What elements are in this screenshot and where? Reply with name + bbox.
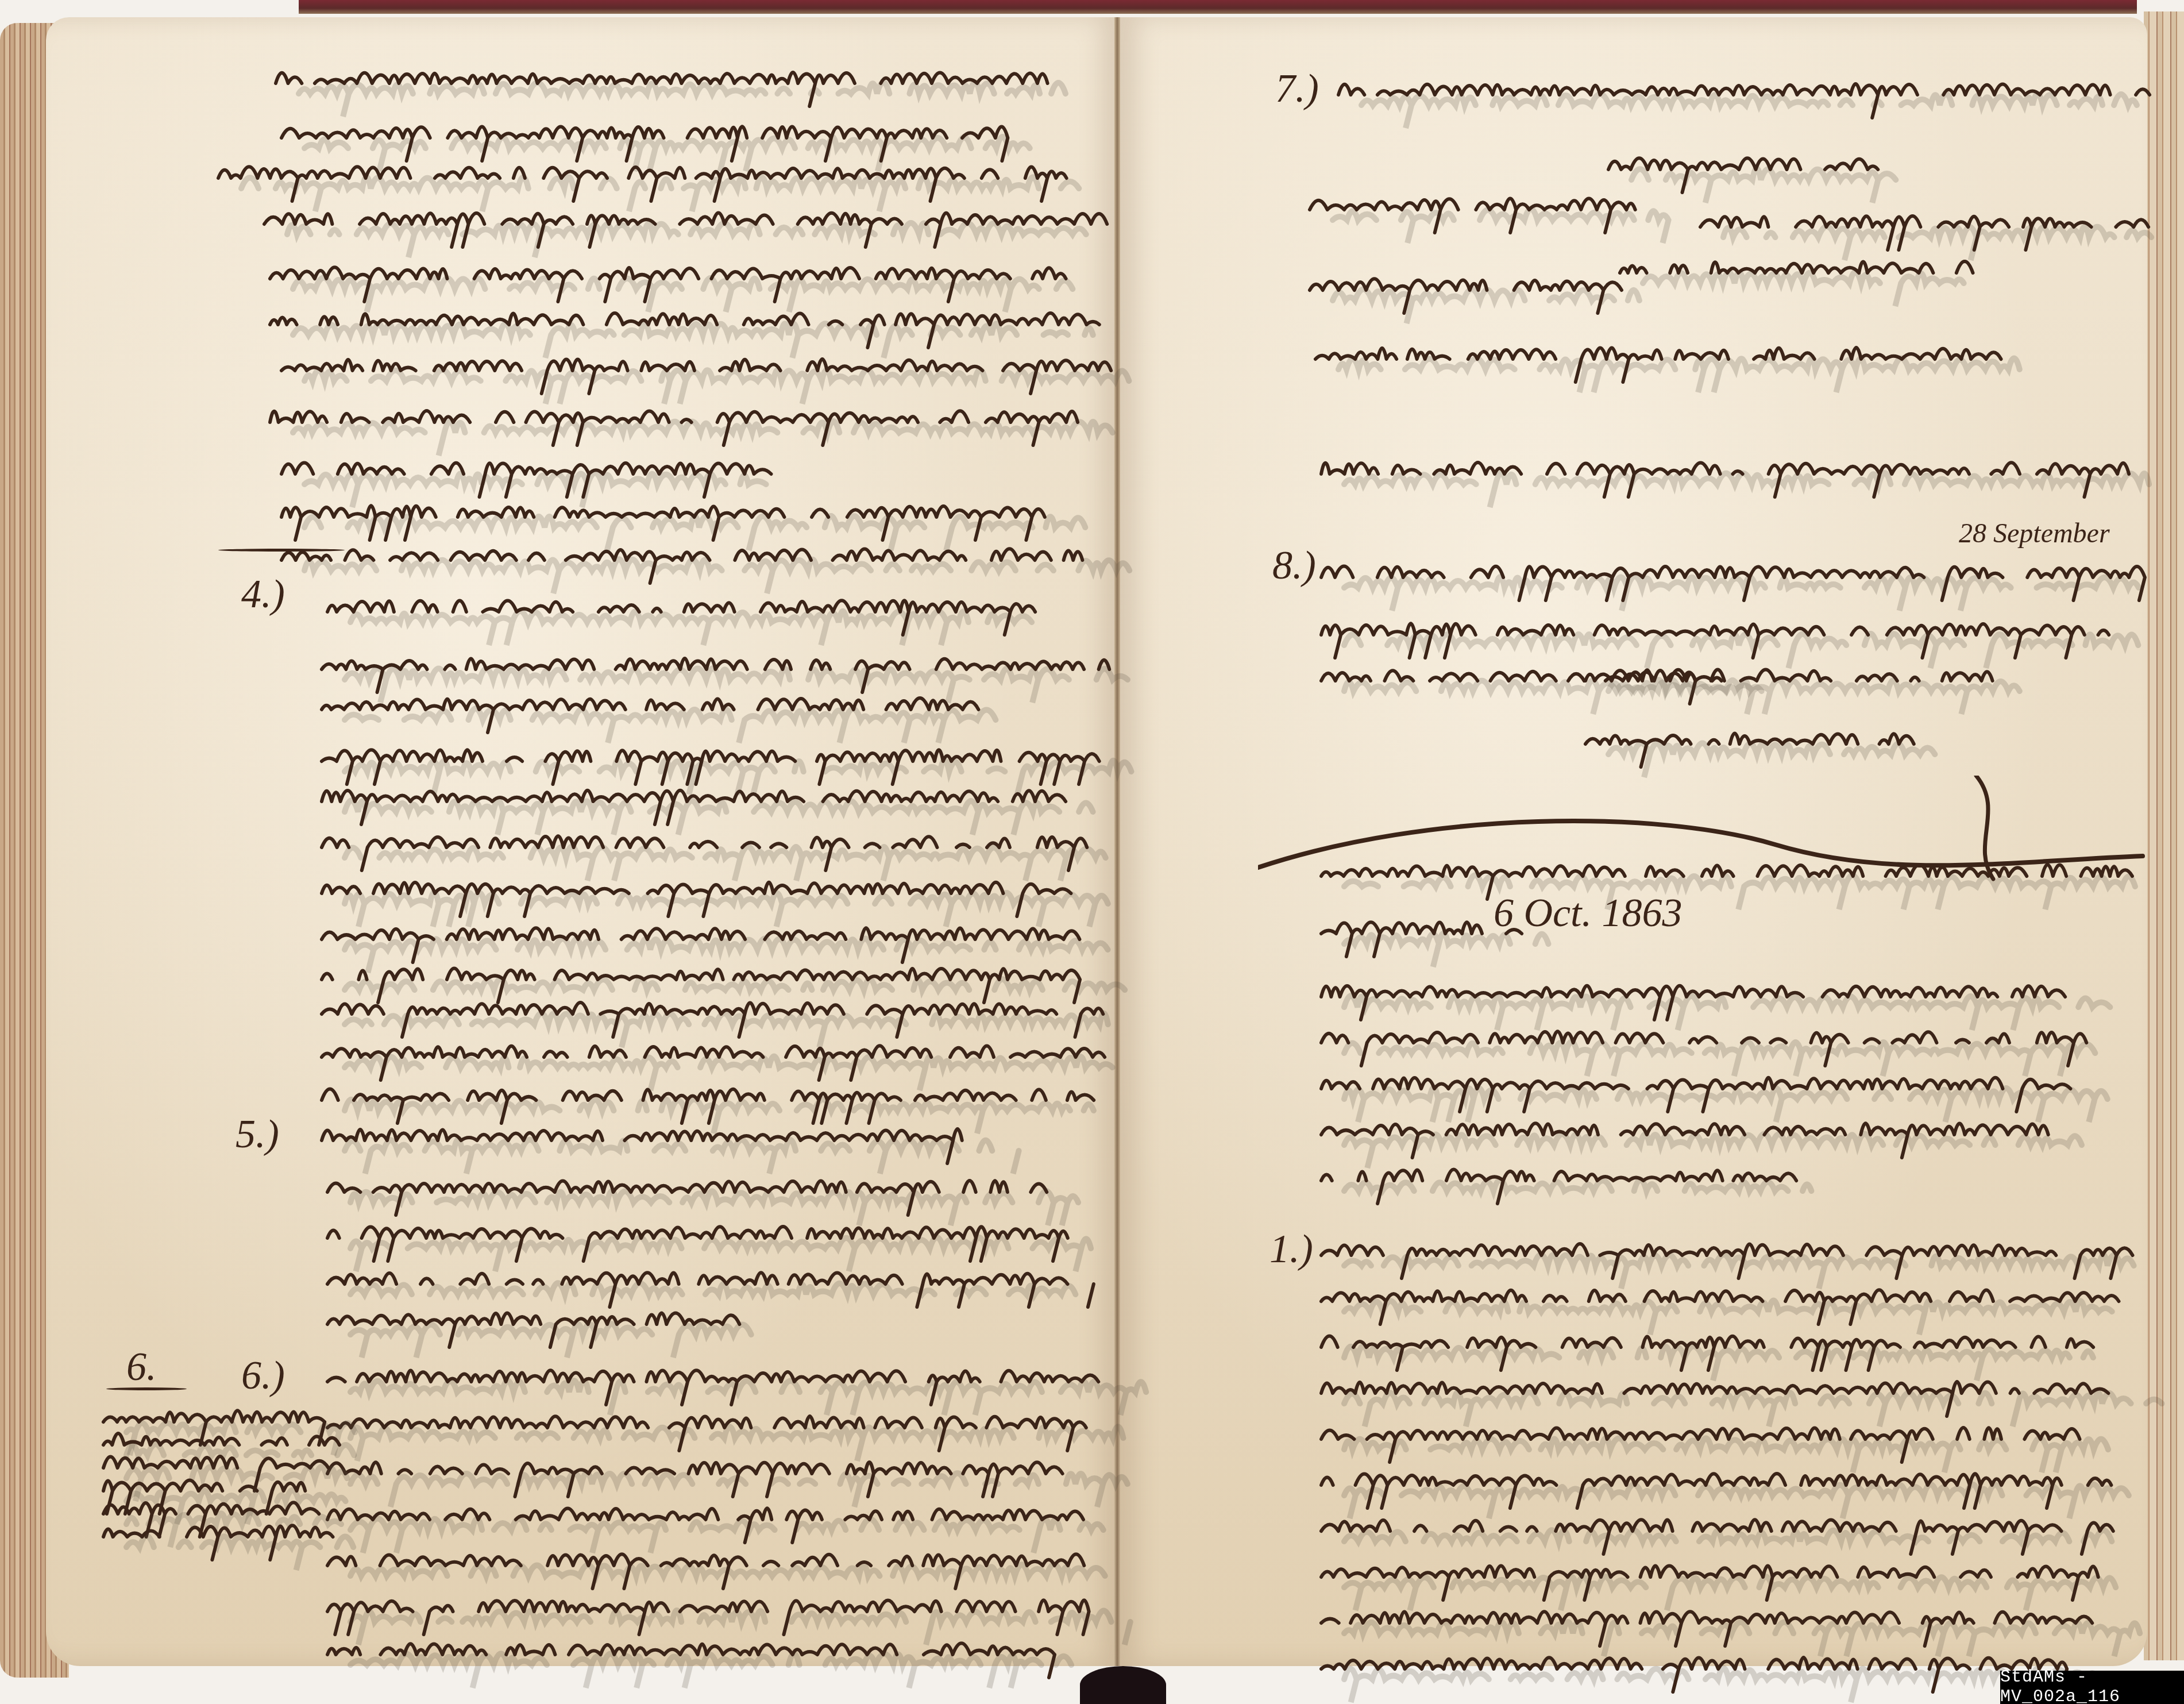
handwritten-line <box>1321 1597 2085 1637</box>
handwritten-line <box>327 586 1005 626</box>
handwritten-line <box>322 1031 1080 1071</box>
handwritten-line <box>1321 1017 2062 1057</box>
handwritten-line <box>270 253 1045 293</box>
handwritten-line <box>218 152 1051 192</box>
handwritten-line <box>1321 908 1505 948</box>
handwritten-line <box>327 1494 1074 1534</box>
underline-flourish <box>218 549 345 552</box>
handwritten-line <box>1608 144 1861 184</box>
handwritten-line <box>327 1166 1045 1206</box>
item-marker: 7.) <box>1275 69 1319 109</box>
handwritten-line <box>281 345 1086 385</box>
handwritten-line <box>1321 1109 2039 1149</box>
book-gutter <box>1114 17 1120 1666</box>
handwritten-line <box>322 684 954 724</box>
handwritten-line <box>103 1511 322 1551</box>
handwritten-line <box>270 299 1068 339</box>
handwritten-line <box>1321 1063 2056 1103</box>
handwritten-line <box>1700 201 2125 241</box>
handwritten-line <box>327 1586 1074 1626</box>
handwritten-line <box>1585 655 1988 695</box>
handwritten-line <box>1321 609 2097 649</box>
handwritten-line <box>322 868 1068 908</box>
margin-note-rule <box>106 1387 187 1390</box>
item-marker: 8.) <box>1272 546 1316 586</box>
handwritten-line <box>1310 264 1608 304</box>
handwritten-line <box>1321 1643 2068 1683</box>
handwritten-line <box>322 643 1086 684</box>
handwritten-line <box>1321 1275 2097 1316</box>
handwritten-line <box>327 1212 1051 1252</box>
handwritten-line <box>322 822 1068 862</box>
handwritten-line <box>1321 1229 2114 1270</box>
handwritten-line <box>276 57 1051 98</box>
section-divider-flourish <box>1258 776 2154 890</box>
handwritten-line <box>1321 1505 2079 1545</box>
item-marker: 1.) <box>1270 1229 1313 1270</box>
handwritten-line <box>1315 333 1976 373</box>
handwritten-line <box>1321 1367 2097 1408</box>
date-reference: 28 September <box>1959 520 2110 548</box>
item-marker: 6.) <box>241 1356 285 1396</box>
handwritten-line <box>281 448 741 488</box>
handwritten-line <box>1321 1413 2068 1454</box>
handwritten-line <box>327 1629 1028 1669</box>
meeting-date: 6 Oct. 1863 <box>1494 893 1683 934</box>
handwritten-line <box>1338 69 2125 109</box>
handwritten-line <box>1321 1551 2085 1591</box>
handwritten-line <box>1321 1459 2097 1499</box>
margin-note-marker: 6. <box>126 1347 157 1387</box>
handwritten-line <box>281 491 1040 531</box>
handwritten-line <box>1310 184 1631 224</box>
item-marker: 4.) <box>241 575 285 615</box>
handwritten-line <box>322 988 1080 1028</box>
archival-reference-stamp: StdAMs - MV_002a_116 <box>2000 1671 2184 1704</box>
handwritten-line <box>281 534 1074 575</box>
handwritten-line <box>327 1258 1045 1298</box>
handwritten-line <box>264 198 1068 238</box>
handwritten-line <box>1585 718 1901 758</box>
handwritten-line <box>322 913 1068 954</box>
handwritten-line <box>322 1115 954 1155</box>
handwritten-line <box>281 112 1000 152</box>
handwritten-line <box>1321 1321 2068 1362</box>
handwritten-line <box>270 396 1074 437</box>
handwritten-line <box>1321 1155 1781 1195</box>
handwritten-line <box>322 735 1068 776</box>
handwritten-line <box>327 1402 1091 1442</box>
manuscript-scan: 4.) 5.) 6.) 6. 7.) 8.) 1.) 28 September … <box>0 0 2184 1704</box>
handwritten-line <box>1321 448 2114 488</box>
handwritten-line <box>327 1540 1074 1580</box>
book-spine <box>1080 1666 1166 1704</box>
handwritten-line <box>322 776 1051 816</box>
book-cover-top-edge <box>299 0 2137 14</box>
handwritten-line <box>327 1356 1086 1396</box>
item-marker: 5.) <box>236 1115 279 1155</box>
handwritten-line <box>327 1448 1080 1488</box>
handwritten-line <box>1620 247 1942 287</box>
handwritten-line <box>1321 552 2097 592</box>
handwritten-line <box>1321 971 2062 1011</box>
handwritten-line <box>322 1074 1068 1115</box>
handwritten-line <box>327 1298 730 1339</box>
